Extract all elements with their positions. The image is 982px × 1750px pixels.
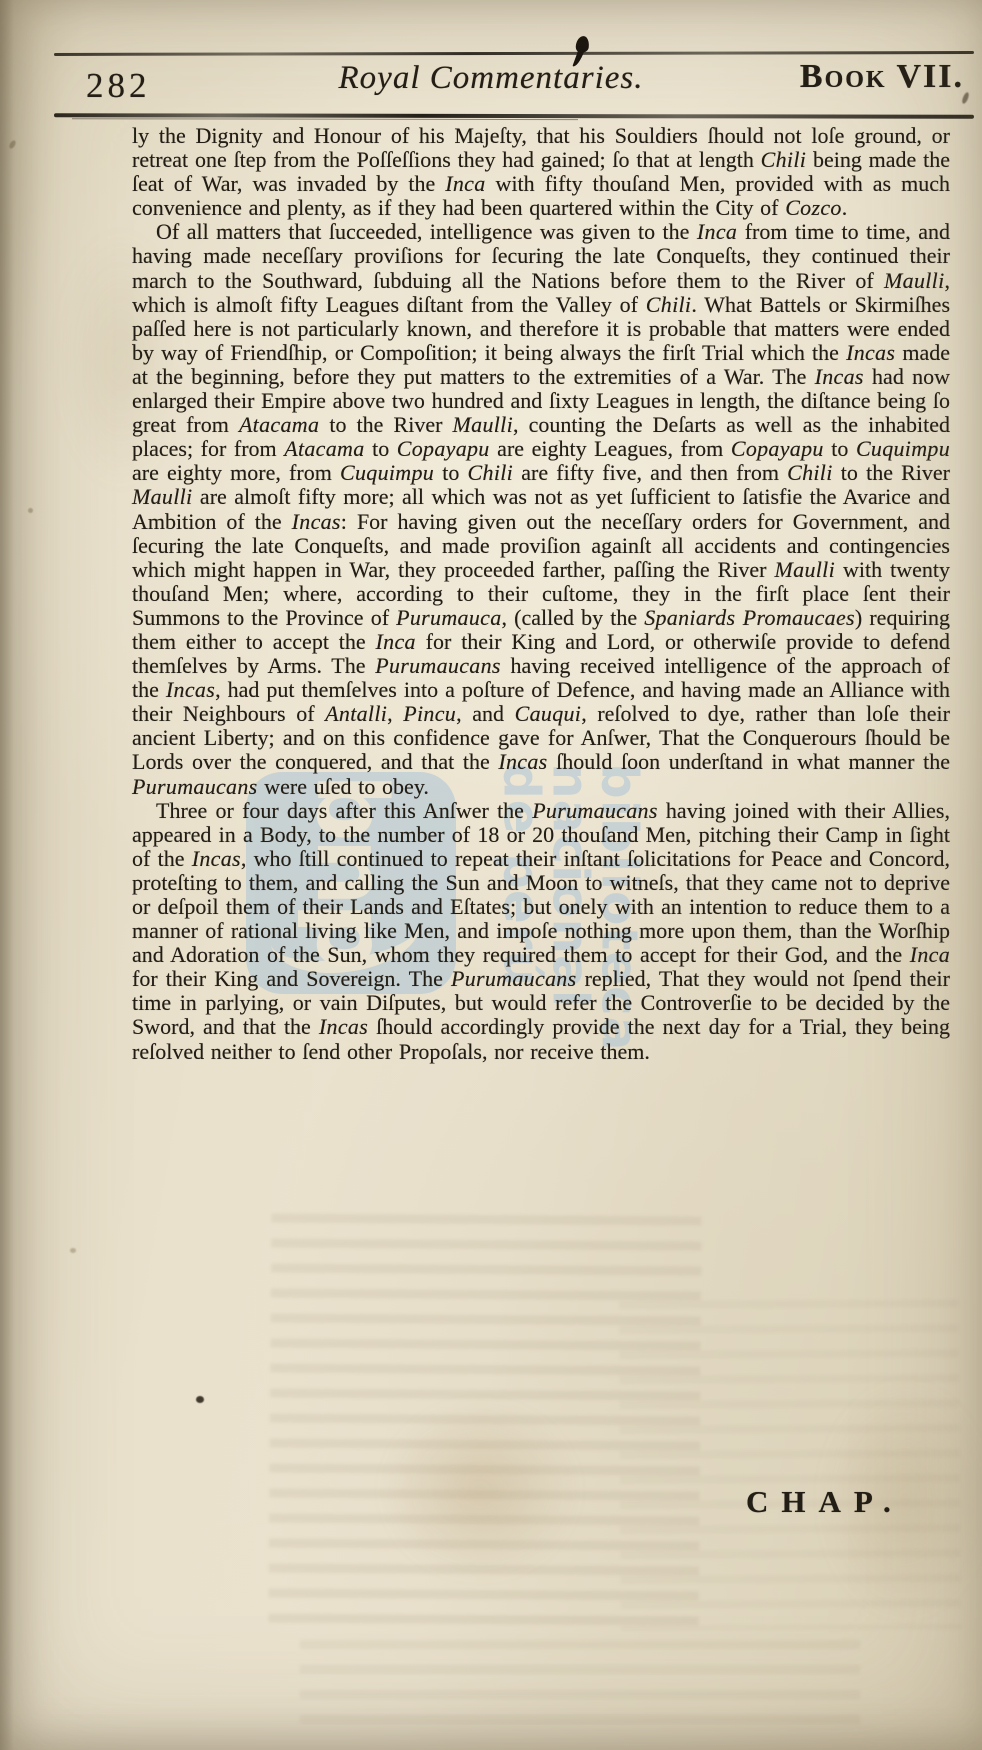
body-text: were uſed to obey. [258,774,429,799]
body-text: , (called by the [502,605,645,630]
paper-stain [380,1400,580,1580]
italic-proper-noun: Incas [292,509,341,534]
body-text: , who ſtill continued to repeat their in… [132,846,950,967]
italic-proper-noun: Incas [319,1014,368,1039]
body-text: . [842,195,848,220]
body-text: to the River [319,412,452,437]
italic-proper-noun: Inca [445,171,485,196]
italic-proper-noun: Copayapu [731,436,824,461]
body-text: , [387,701,403,726]
paragraph: Three or four days after this Anſwer the… [132,799,950,1064]
ink-speck [196,1396,204,1403]
verso-bleedthrough [300,1640,860,1740]
body-text: are eighty Leagues, from [490,436,731,461]
body-text: Three or four days after this Anſwer the [156,798,532,823]
italic-proper-noun: Chili [468,460,514,485]
next-chapter-catchword: CHAP. [746,1484,904,1520]
italic-proper-noun: Inca [697,219,737,244]
page-gutter-shadow [0,0,14,1750]
italic-proper-noun: Antalli [325,701,387,726]
italic-proper-noun: Maulli [132,484,192,509]
italic-proper-noun: Chili [646,292,692,317]
ink-speck [28,508,33,513]
body-text: Of all matters that ſucceeded, intellige… [156,219,697,244]
italic-proper-noun: Atacama [284,436,364,461]
italic-proper-noun: Incas [166,677,215,702]
italic-proper-noun: Maulli [884,268,944,293]
italic-proper-noun: Copayapu [397,436,490,461]
italic-proper-noun: Purumauca [396,605,501,630]
italic-proper-noun: Cuquimpu [856,436,950,461]
body-text: are eighty more, from [132,460,340,485]
verso-bleedthrough [619,1299,961,1631]
body-text: to [365,436,397,461]
italic-proper-noun: Atacama [239,412,319,437]
italic-proper-noun: Inca [910,942,950,967]
paragraph: ly the Dignity and Honour of his Majeſty… [132,124,950,220]
header-rule-bottom [54,113,974,119]
header-rule-top [54,51,974,56]
italic-proper-noun: Purumaucans [451,966,577,991]
italic-proper-noun: Cozco [785,195,842,220]
italic-proper-noun: Chili [787,460,833,485]
body-text-block: ly the Dignity and Honour of his Majeſty… [132,124,950,1064]
italic-proper-noun: Pincu [403,701,456,726]
body-text: to [824,436,856,461]
italic-proper-noun: Maulli [453,412,513,437]
italic-proper-noun: Maulli [775,557,835,582]
italic-proper-noun: Purumaucans [375,653,501,678]
ink-speck [70,1248,76,1253]
italic-proper-noun: Incas [498,749,547,774]
italic-proper-noun: Purumaucans [532,798,658,823]
body-text: are fifty five, and then from [513,460,787,485]
paragraph: Of all matters that ſucceeded, intellige… [132,220,950,798]
body-text: for their King and Sovereign. The [132,966,451,991]
italic-proper-noun: Inca [376,629,416,654]
scanned-book-page: bnp biblioteca nacional de perú 282 Roya… [0,0,982,1750]
italic-proper-noun: Incas [192,846,241,871]
book-volume-label: Book VII. [800,58,964,96]
italic-proper-noun: Incas [846,340,895,365]
italic-proper-noun: Cuquimpu [340,460,434,485]
italic-proper-noun: Spaniards Promaucaes [644,605,855,630]
body-text: to [434,460,467,485]
italic-proper-noun: Purumaucans [132,774,258,799]
body-text: , and [456,701,515,726]
italic-proper-noun: Cauqui [515,701,582,726]
verso-bleedthrough [269,1214,702,1637]
body-text: ſhould ſoon underſtand in what manner th… [548,749,950,774]
body-text: to the River [833,460,950,485]
italic-proper-noun: Incas [815,364,864,389]
italic-proper-noun: Chili [761,147,807,172]
